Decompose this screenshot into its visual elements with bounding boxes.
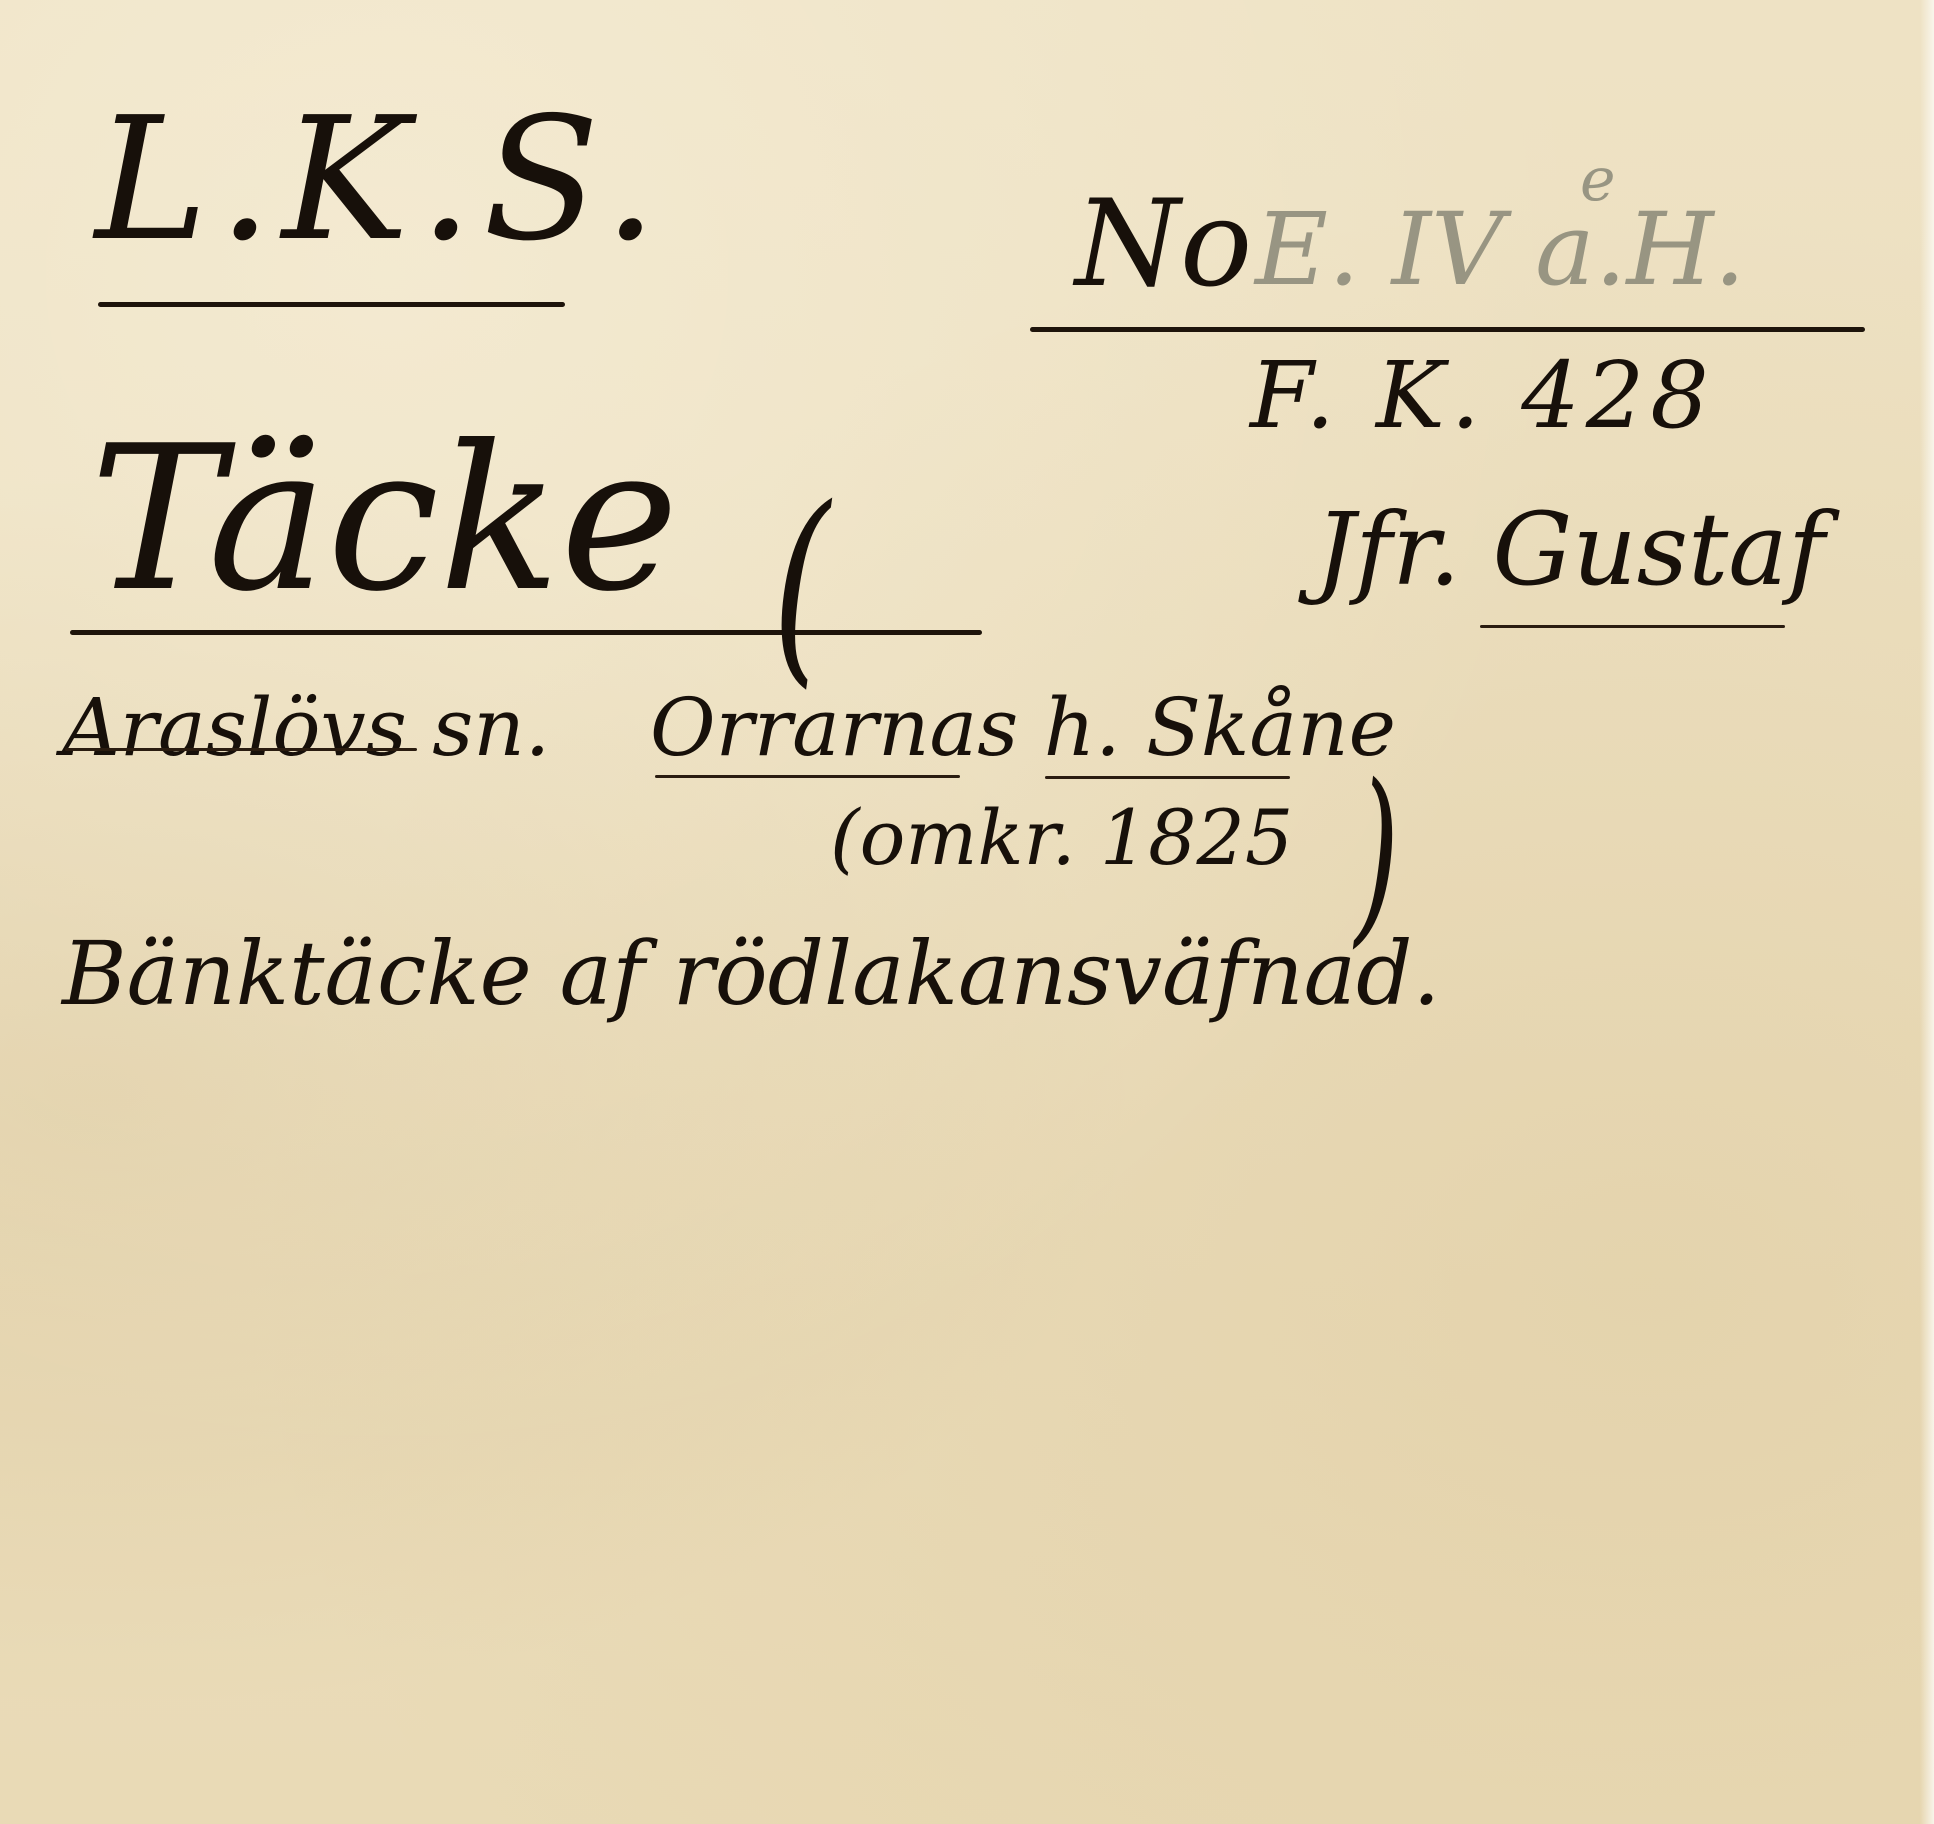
number-pencil-correction: e xyxy=(1580,150,1616,210)
number-prefix: No xyxy=(1075,185,1252,305)
collection-mark-underline xyxy=(98,302,565,307)
provenance-place: Orrarnas h. Skåne xyxy=(650,688,1396,768)
title-underline xyxy=(70,630,982,635)
provenance-parish: Araslövs sn. xyxy=(62,688,550,768)
object-title: Täcke xyxy=(90,420,679,620)
index-card: L.K.S. No E. IV a.H. e F. K. 428 Täcke (… xyxy=(0,0,1934,1824)
provenance-region-underline xyxy=(1045,776,1290,779)
object-description: Bänktäcke af rödlakansväfnad. xyxy=(62,930,1440,1018)
cross-reference-underline xyxy=(1480,625,1785,628)
collection-mark: L.K.S. xyxy=(95,95,667,265)
provenance-parish-underline xyxy=(65,748,417,751)
open-bracket: ( xyxy=(772,480,829,690)
number-value-text: E. IV a.H. xyxy=(1255,191,1745,308)
date-note: (omkr. 1825 xyxy=(830,800,1293,876)
catalog-number: F. K. 428 xyxy=(1250,350,1715,442)
paper-edge xyxy=(1920,0,1934,1824)
cross-reference: Jfr. Gustaf xyxy=(1315,500,1825,600)
provenance-place-underline xyxy=(655,775,960,778)
number-value: E. IV a.H. xyxy=(1255,200,1745,300)
number-underline xyxy=(1030,327,1865,332)
